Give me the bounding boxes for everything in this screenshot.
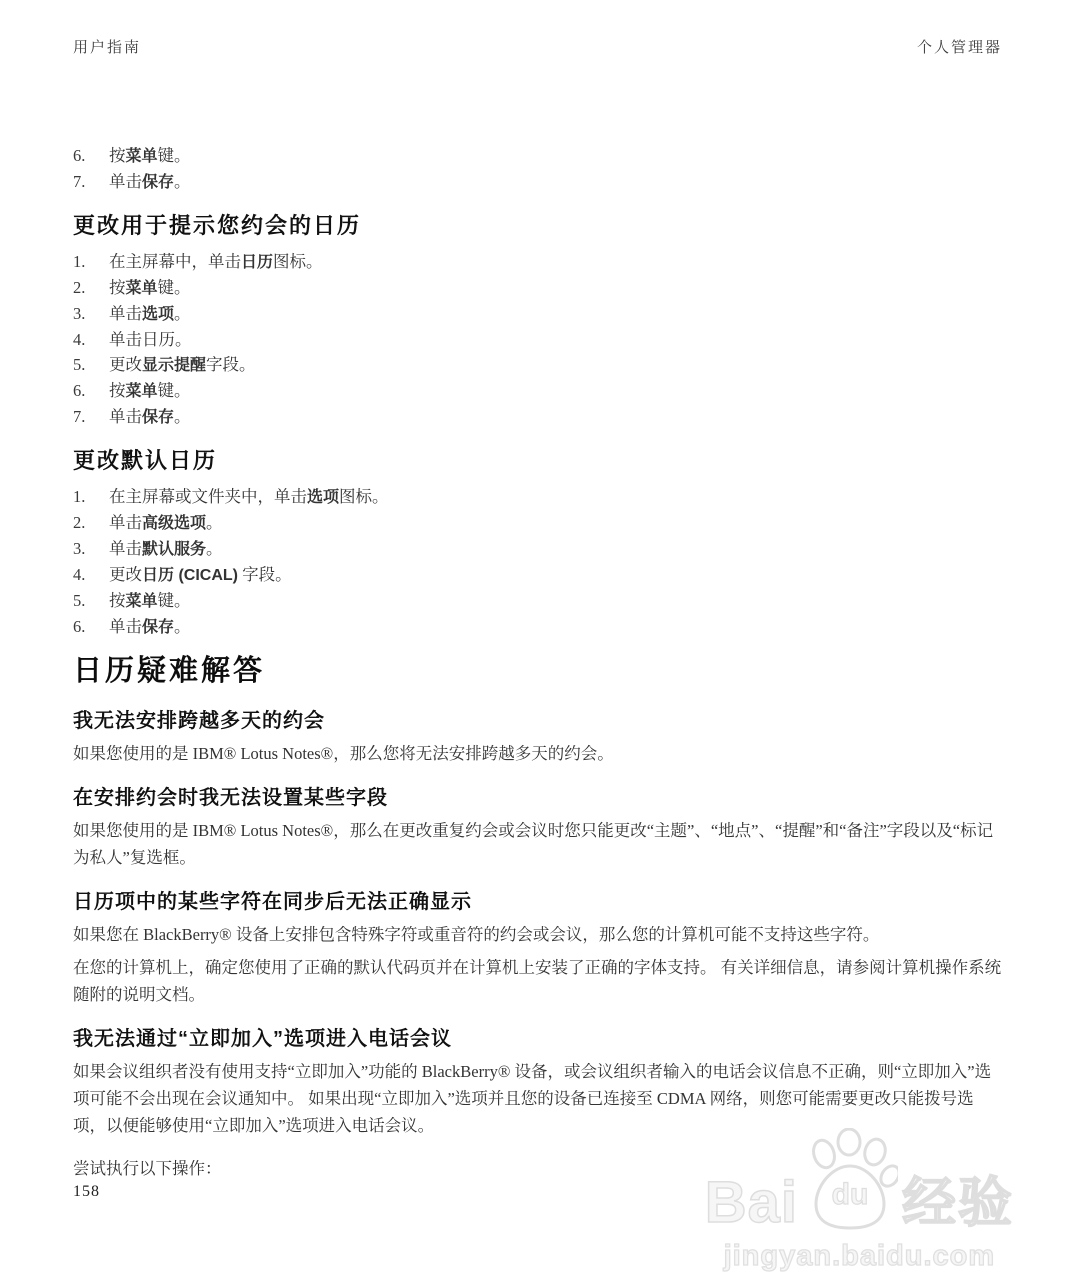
baidu-jingyan-watermark: Bai du 经验 jingyan.baidu.com bbox=[705, 1128, 1014, 1273]
page-header: 用户指南 个人管理器 bbox=[73, 36, 1002, 57]
topic-paragraph: 如果您使用的是 IBM® Lotus Notes®，那么在更改重复约会或会议时您… bbox=[73, 817, 1003, 871]
topic-heading: 日历项中的某些字符在同步后无法正确显示 bbox=[73, 889, 1003, 915]
step-text: 按菜单键。 bbox=[109, 275, 1003, 301]
list-item: 1. 在主屏幕中，单击日历图标。 bbox=[73, 249, 1003, 275]
step-text: 单击默认服务。 bbox=[109, 536, 1003, 562]
topic-heading: 我无法安排跨越多天的约会 bbox=[73, 708, 1003, 734]
step-text: 按菜单键。 bbox=[109, 143, 1003, 169]
chapter-title-troubleshooting: 日历疑难解答 bbox=[73, 652, 1003, 690]
topic-paragraph: 如果您在 BlackBerry® 设备上安排包含特殊字符或重音符的约会或会议，那… bbox=[73, 921, 1003, 948]
page-content: 6. 按菜单键。 7. 单击保存。 更改用于提示您约会的日历 1. 在主屏幕中，… bbox=[73, 55, 1003, 1182]
step-text: 更改日历 (CICAL) 字段。 bbox=[109, 562, 1003, 588]
header-section-title: 个人管理器 bbox=[917, 36, 1002, 57]
baidu-paw-icon: du bbox=[802, 1128, 898, 1232]
topic-paragraph: 如果您使用的是 IBM® Lotus Notes®，那么您将无法安排跨越多天的约… bbox=[73, 740, 1003, 767]
step-text: 单击高级选项。 bbox=[109, 510, 1003, 536]
baidu-logo-text: Bai bbox=[705, 1174, 798, 1232]
step-number: 6. bbox=[73, 143, 109, 168]
steps-list-reminder: 1. 在主屏幕中，单击日历图标。 2. 按菜单键。 3. 单击选项。 4. 单击… bbox=[73, 249, 1003, 430]
list-item: 4. 更改日历 (CICAL) 字段。 bbox=[73, 562, 1003, 588]
step-text: 单击保存。 bbox=[109, 404, 1003, 430]
baidu-jingyan-logo: Bai du 经验 bbox=[705, 1128, 1014, 1232]
topic-heading: 我无法通过“立即加入”选项进入电话会议 bbox=[73, 1026, 1003, 1052]
step-text: 单击保存。 bbox=[109, 614, 1003, 640]
step-text: 在主屏幕中，单击日历图标。 bbox=[109, 249, 1003, 275]
step-text: 单击保存。 bbox=[109, 169, 1003, 195]
topic-join-now-conference: 我无法通过“立即加入”选项进入电话会议 如果会议组织者没有使用支持“立即加入”功… bbox=[73, 1026, 1003, 1139]
list-item: 1. 在主屏幕或文件夹中，单击选项图标。 bbox=[73, 484, 1003, 510]
step-number: 5. bbox=[73, 352, 109, 377]
list-item: 2. 按菜单键。 bbox=[73, 275, 1003, 301]
step-number: 1. bbox=[73, 249, 109, 274]
list-item: 5. 更改显示提醒字段。 bbox=[73, 352, 1003, 378]
steps-list-default: 1. 在主屏幕或文件夹中，单击选项图标。 2. 单击高级选项。 3. 单击默认服… bbox=[73, 484, 1003, 640]
step-text: 更改显示提醒字段。 bbox=[109, 352, 1003, 378]
document-page: 用户指南 个人管理器 6. 按菜单键。 7. 单击保存。 更改用于提示您约会的日… bbox=[0, 0, 1066, 1280]
step-number: 7. bbox=[73, 404, 109, 429]
section-title-default-calendar: 更改默认日历 bbox=[73, 446, 1003, 476]
step-number: 4. bbox=[73, 562, 109, 587]
list-item: 2. 单击高级选项。 bbox=[73, 510, 1003, 536]
page-number: 158 bbox=[73, 1183, 100, 1201]
steps-list-intro: 6. 按菜单键。 7. 单击保存。 bbox=[73, 143, 1003, 195]
step-number: 4. bbox=[73, 327, 109, 352]
step-text: 单击日历。 bbox=[109, 327, 1003, 352]
step-number: 2. bbox=[73, 510, 109, 535]
topic-multiday-appointments: 我无法安排跨越多天的约会 如果您使用的是 IBM® Lotus Notes®，那… bbox=[73, 708, 1003, 767]
list-item: 7. 单击保存。 bbox=[73, 169, 1003, 195]
list-item: 5. 按菜单键。 bbox=[73, 588, 1003, 614]
header-doc-title: 用户指南 bbox=[73, 36, 141, 57]
list-item: 7. 单击保存。 bbox=[73, 404, 1003, 430]
list-item: 6. 按菜单键。 bbox=[73, 378, 1003, 404]
watermark-url: jingyan.baidu.com bbox=[705, 1240, 1014, 1273]
baidu-logo-du-text: du bbox=[824, 1180, 876, 1210]
topic-cannot-set-fields: 在安排约会时我无法设置某些字段 如果您使用的是 IBM® Lotus Notes… bbox=[73, 785, 1003, 871]
section-title-reminder-calendar: 更改用于提示您约会的日历 bbox=[73, 211, 1003, 241]
topic-paragraph: 如果会议组织者没有使用支持“立即加入”功能的 BlackBerry® 设备，或会… bbox=[73, 1058, 1003, 1139]
list-item: 6. 按菜单键。 bbox=[73, 143, 1003, 169]
step-number: 3. bbox=[73, 301, 109, 326]
jingyan-logo-text: 经验 bbox=[902, 1175, 1014, 1232]
list-item: 6. 单击保存。 bbox=[73, 614, 1003, 640]
list-item: 3. 单击默认服务。 bbox=[73, 536, 1003, 562]
topic-heading: 在安排约会时我无法设置某些字段 bbox=[73, 785, 1003, 811]
step-number: 7. bbox=[73, 169, 109, 194]
list-item: 3. 单击选项。 bbox=[73, 301, 1003, 327]
step-number: 6. bbox=[73, 378, 109, 403]
topic-paragraph: 在您的计算机上，确定您使用了正确的默认代码页并在计算机上安装了正确的字体支持。 … bbox=[73, 954, 1003, 1008]
step-number: 1. bbox=[73, 484, 109, 509]
step-number: 2. bbox=[73, 275, 109, 300]
step-number: 3. bbox=[73, 536, 109, 561]
step-number: 5. bbox=[73, 588, 109, 613]
list-item: 4. 单击日历。 bbox=[73, 327, 1003, 352]
topic-characters-sync: 日历项中的某些字符在同步后无法正确显示 如果您在 BlackBerry® 设备上… bbox=[73, 889, 1003, 1008]
step-text: 按菜单键。 bbox=[109, 588, 1003, 614]
step-number: 6. bbox=[73, 614, 109, 639]
step-text: 按菜单键。 bbox=[109, 378, 1003, 404]
step-text: 在主屏幕或文件夹中，单击选项图标。 bbox=[109, 484, 1003, 510]
step-text: 单击选项。 bbox=[109, 301, 1003, 327]
